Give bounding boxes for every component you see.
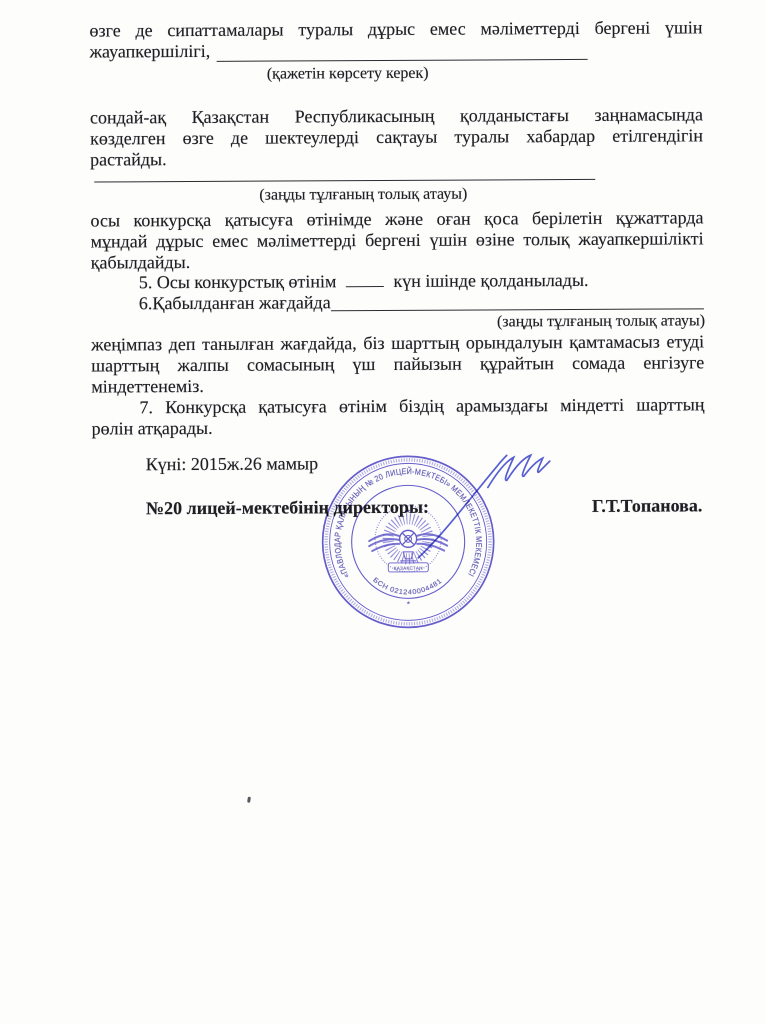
paragraph-text: жауапкершілігі, <box>90 41 211 63</box>
clause-text: 6.Қабылданған жағдайда <box>139 292 331 314</box>
scanned-document-page: өзге де сипаттамалары туралы дұрыс емес … <box>0 0 765 1024</box>
clause-text: күн ішінде қолданылады. <box>393 270 588 291</box>
document-content: өзге де сипаттамалары туралы дұрыс емес … <box>0 0 765 1024</box>
entity-name-note: (заңды тұлғаның толық атауы) <box>163 184 563 205</box>
fill-hint-note: (қажетін көрсету керек) <box>148 63 548 84</box>
paragraph-line: рөлін атқарады. <box>92 415 705 439</box>
fill-in-blank-line <box>216 45 587 62</box>
signature-flourish-loops <box>488 455 550 487</box>
signature-long-stroke <box>418 455 508 557</box>
director-name: Г.Т.Топанова. <box>592 495 742 517</box>
fill-in-rule-line <box>94 179 595 183</box>
clause-text: 5. Осы конкурстық өтінім <box>139 271 337 292</box>
handwritten-signature <box>400 443 561 569</box>
stamp-bsn-text: БСН 021240004481 <box>371 576 443 596</box>
entity-name-note: (заңды тұлғаның толық атауы) <box>299 311 705 332</box>
paragraph-line-with-blank: жауапкершілігі, <box>90 38 703 62</box>
stamp-star-separator: * <box>407 600 410 609</box>
scan-speck <box>247 797 251 803</box>
paragraph-line: растайды. <box>90 146 703 170</box>
days-fill-blank <box>346 272 384 287</box>
